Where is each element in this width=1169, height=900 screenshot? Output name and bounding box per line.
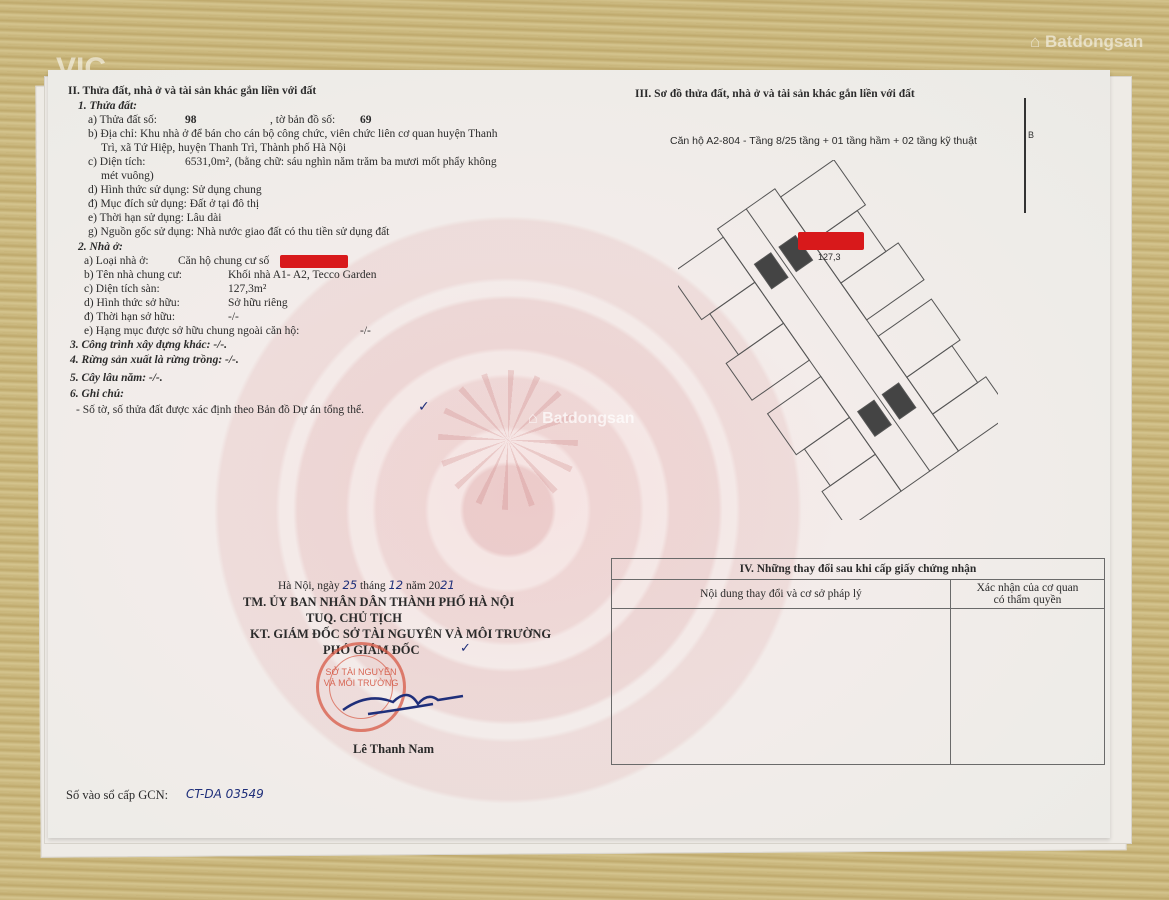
land-area-label: c) Diện tích: (88, 155, 145, 169)
production-forest: 4. Rừng sản xuất là rừng trồng: -/-. (70, 353, 239, 367)
land-address-line2: Trì, xã Tứ Hiệp, huyện Thanh Trì, Thành … (101, 141, 346, 155)
registry-number: CT-DA 03549 (186, 787, 264, 801)
north-arrow (1024, 98, 1026, 213)
batdongsan-center-logo-icon: ⌂ (528, 410, 542, 427)
floor-area-label: c) Diện tích sàn: (84, 282, 160, 296)
batdongsan-watermark-top: ⌂ Batdongsan (1030, 32, 1143, 52)
land-usage-purpose: đ) Mục đích sử dụng: Đất ở tại đô thị (88, 197, 259, 211)
handwritten-tick: ✓ (460, 642, 471, 656)
registry-label: Số vào sổ cấp GCN: (66, 788, 168, 802)
land-area-value: 6531,0m², (bằng chữ: sáu nghìn năm trăm … (185, 155, 497, 169)
signature-scribble (338, 682, 468, 722)
batdongsan-watermark-center: ⌂ Batdongsan (528, 410, 635, 428)
land-area-value-cont: mét vuông) (101, 169, 154, 183)
plan-area-label: 127,3 (818, 250, 841, 264)
land-parcel-number: 98 (185, 113, 197, 127)
authority-line-1: TM. ỦY BAN NHÂN DÂN THÀNH PHỐ HÀ NỘI (243, 595, 514, 609)
shared-items-value: -/- (360, 324, 371, 338)
notes-text: - Số tờ, số thửa đất được xác định theo … (76, 403, 364, 417)
issue-month: 12 (388, 578, 403, 592)
land-usage-origin: g) Nguồn gốc sử dụng: Nhà nước giao đất … (88, 225, 389, 239)
changes-content-cell (612, 609, 951, 765)
batdongsan-logo-icon: ⌂ (1030, 32, 1045, 51)
ownership-form-value: Sở hữu riêng (228, 296, 288, 310)
changes-col-confirmation: Xác nhận của cơ quan có thẩm quyền (951, 580, 1105, 609)
apartment-caption: Căn hộ A2-804 - Tầng 8/25 tầng + 01 tầng… (670, 134, 977, 148)
section-2-title: II. Thửa đất, nhà ở và tài sản khác gắn … (68, 84, 316, 98)
house-type-label: a) Loại nhà ở: (84, 254, 149, 268)
signer-name: Lê Thanh Nam (353, 742, 434, 756)
authority-line-3: KT. GIÁM ĐỐC SỞ TÀI NGUYÊN VÀ MÔI TRƯỜNG (250, 627, 551, 641)
house-type-value: Căn hộ chung cư số (178, 254, 269, 268)
ownership-term-value: -/- (228, 310, 239, 324)
redaction-unit-label (798, 232, 864, 250)
building-name-label: b) Tên nhà chung cư: (84, 268, 182, 282)
map-sheet-number: 69 (360, 113, 372, 127)
ownership-form-label: d) Hình thức sở hữu: (84, 296, 180, 310)
changes-table: IV. Những thay đổi sau khi cấp giấy chứn… (611, 558, 1105, 765)
land-address-line1: b) Địa chỉ: Khu nhà ở để bán cho cán bộ … (88, 127, 498, 141)
issue-day: 25 (343, 578, 358, 592)
building-name-value: Khối nhà A1- A2, Tecco Garden (228, 268, 376, 282)
section-3-title: III. Sơ đồ thửa đất, nhà ở và tài sản kh… (635, 87, 915, 101)
authority-line-2: TUQ. CHỦ TỊCH (306, 611, 402, 625)
changes-col-content: Nội dung thay đổi và cơ sở pháp lý (612, 580, 951, 609)
changes-confirmation-cell (951, 609, 1105, 765)
land-usage-form: d) Hình thức sử dụng: Sử dụng chung (88, 183, 262, 197)
land-usage-term: e) Thời hạn sử dụng: Lâu dài (88, 211, 221, 225)
land-certificate-page: II. Thửa đất, nhà ở và tài sản khác gắn … (48, 70, 1110, 838)
map-sheet-label: , tờ bản đồ số: (270, 113, 335, 127)
other-constructions: 3. Công trình xây dựng khác: -/-. (70, 338, 227, 352)
perennial-trees: 5. Cây lâu năm: -/-. (70, 371, 163, 385)
issue-year: 21 (440, 578, 455, 592)
ownership-term-label: đ) Thời hạn sở hữu: (84, 310, 175, 324)
redaction-apartment-number (280, 255, 348, 268)
handwritten-check-mark: ✓ (418, 400, 430, 414)
section-4-title: IV. Những thay đổi sau khi cấp giấy chứn… (612, 559, 1105, 580)
notes-heading: 6. Ghi chú: (70, 387, 124, 401)
apartment-floor-plan (678, 160, 998, 520)
land-heading: 1. Thửa đất: (78, 99, 137, 113)
house-heading: 2. Nhà ở: (78, 240, 123, 254)
issue-date: Hà Nội, ngày 25 tháng 12 năm 2021 (278, 578, 455, 593)
north-label: B (1028, 130, 1034, 140)
land-parcel-number-label: a) Thửa đất số: (88, 113, 157, 127)
drum-star-motif (438, 370, 578, 510)
floor-area-value: 127,3m² (228, 282, 266, 296)
shared-items-label: e) Hạng mục được sở hữu chung ngoài căn … (84, 324, 299, 338)
